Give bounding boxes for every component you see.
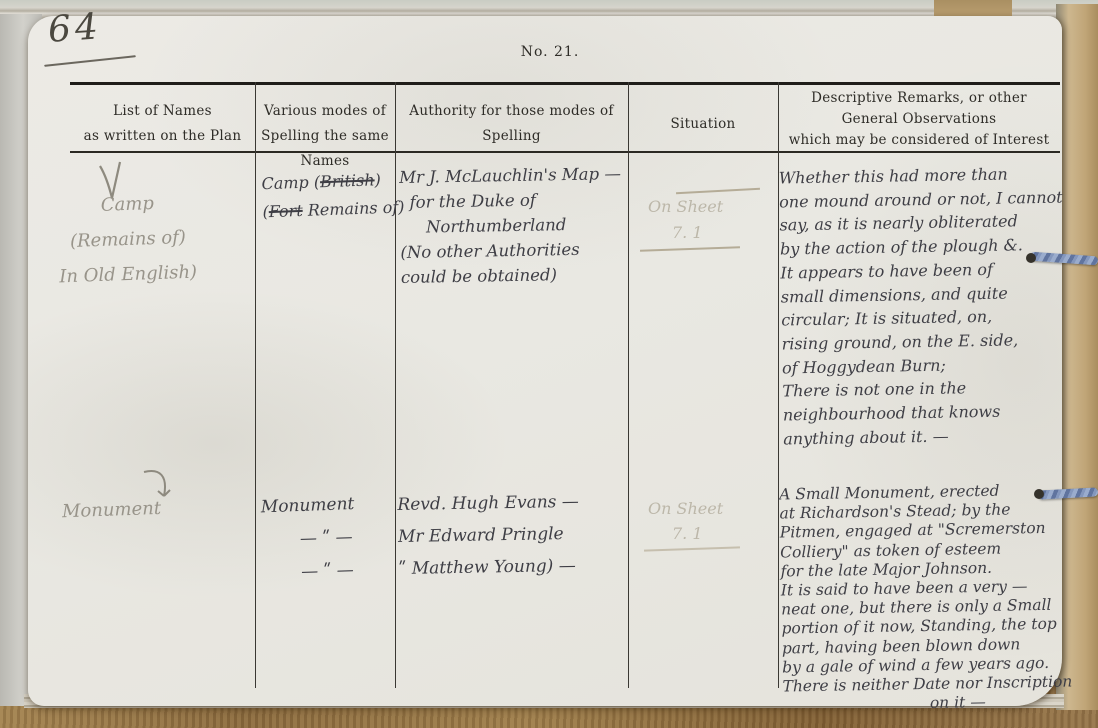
column-divider-2: [395, 82, 396, 688]
form-number: No. 21.: [470, 44, 630, 60]
handwritten-line: — ʺ —: [263, 553, 396, 591]
handwritten-line: — ʺ —: [261, 520, 394, 558]
row2-spelling: Monument — ʺ — — ʺ —: [260, 487, 395, 591]
column-header-names: List of Names as written on the Plan: [72, 88, 253, 149]
column-header-spelling: Various modes of Spelling the same Names: [257, 88, 393, 174]
handwritten-line: Mr Edward Pringle: [398, 517, 627, 553]
struck-word: British: [320, 170, 375, 191]
header-line: as written on the Plan: [72, 124, 253, 149]
table-top-rule: [70, 82, 1060, 85]
handwritten-line: ʺ Matthew Young) —: [398, 549, 627, 585]
row2-situation: On Sheet 7. 1: [648, 496, 768, 546]
row1-spelling: Camp (British) (Fort Remains of): [261, 166, 395, 227]
header-line: Various modes of: [257, 99, 393, 124]
handwritten-line: Mr J. McLauchlin's Map —: [399, 161, 625, 190]
handwritten-line: Monument: [260, 487, 393, 525]
header-line: List of Names: [72, 99, 253, 124]
header-line: General Observations: [780, 109, 1058, 130]
handwritten-line: (Fort Remains of): [262, 194, 395, 227]
handwritten-line: 7. 1: [648, 220, 768, 246]
handwritten-line: anything about it. —: [783, 422, 1069, 451]
header-line: which may be considered of Interest: [780, 130, 1058, 151]
header-line: Authority for those modes of: [397, 99, 626, 124]
header-line: Descriptive Remarks, or other: [780, 88, 1058, 109]
row1-remarks: Whether this had more than one mound aro…: [779, 162, 1070, 451]
row2-authority: Revd. Hugh Evans — Mr Edward Pringle ʺ M…: [397, 485, 627, 585]
page-number: 64: [47, 6, 104, 51]
column-header-authority: Authority for those modes of Spelling: [397, 88, 626, 149]
handwritten-line: Revd. Hugh Evans —: [397, 485, 626, 521]
handwritten-line: On Sheet: [648, 496, 768, 521]
header-line: Spelling: [397, 124, 626, 149]
row2-remarks: A Small Monument, erected at Richardson'…: [779, 480, 1073, 715]
struck-word: Fort: [268, 201, 303, 221]
row1-name: Camp (Remains of) In Old English): [56, 183, 255, 295]
photographed-ledger-scene: { "page_number": "64", "form_number": "N…: [0, 0, 1098, 728]
handwritten-line: On Sheet: [648, 194, 768, 220]
row1-authority: Mr J. McLauchlin's Map — for the Duke of…: [399, 161, 627, 290]
column-divider-3: [628, 82, 629, 688]
column-header-remarks: Descriptive Remarks, or other General Ob…: [780, 88, 1058, 151]
header-line: Situation: [630, 112, 776, 137]
handwritten-line: 7. 1: [648, 521, 768, 546]
handwritten-line: In Old English): [59, 253, 255, 295]
row1-situation: On Sheet 7. 1: [648, 194, 768, 246]
handwritten-line: could be obtained): [401, 261, 627, 290]
table-header-rule: [70, 151, 1060, 153]
column-header-situation: Situation: [630, 88, 776, 137]
column-divider-1: [255, 82, 256, 688]
